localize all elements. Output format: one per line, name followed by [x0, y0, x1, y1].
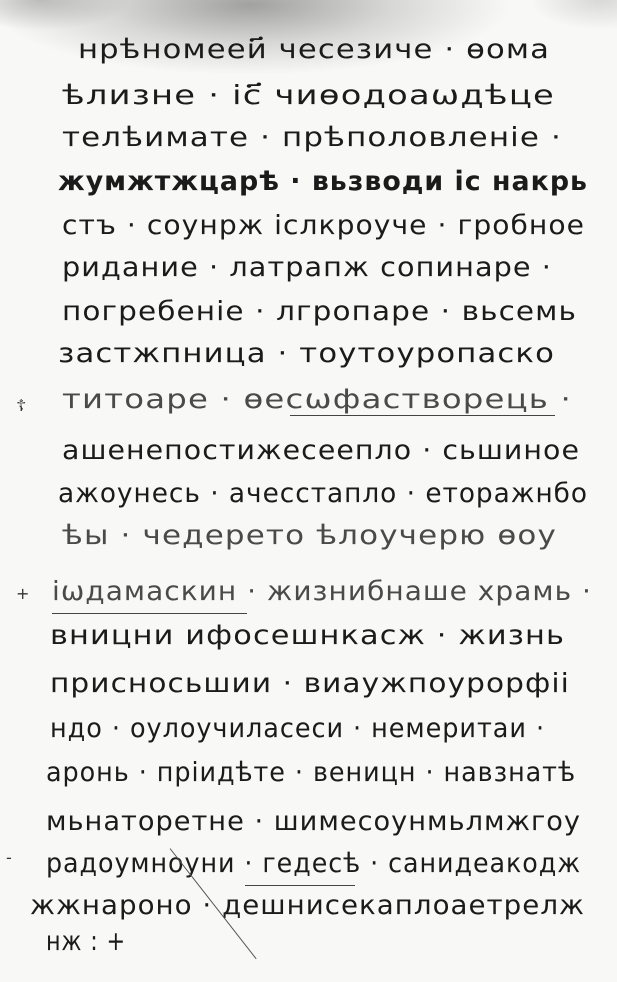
text-line-8: застжпница · тоутоуропаско	[58, 338, 555, 369]
text-line-21: нж : +	[46, 926, 126, 957]
text-line-11: ажоунесь · ачесстапло · еторажнбо	[58, 478, 588, 509]
text-line-14: вницни ифосешнкасж · жизнь	[50, 620, 565, 651]
text-line-7: погребеніе · лгропаре · вьсемь	[62, 296, 577, 327]
text-line-12: ѣы · чедерето ѣлоучерю ѳоу	[62, 520, 557, 551]
text-line-19: радоумноуни · гедесѣ · санидеакодж	[46, 848, 581, 879]
text-line-15: присносьшии · виаужпоурорфіі	[50, 668, 570, 699]
text-line-13: іѡдамаскин · жизнибнаше храмь ·	[52, 576, 592, 607]
margin-cross-mark-1: ☦	[16, 396, 26, 415]
text-line-17: аронь · пріидѣте · веницн · навзнатѣ	[46, 757, 576, 788]
text-line-1: нрѣномееи҃ чесезиче · ѳома	[78, 34, 550, 65]
rubric-underline-line-19	[245, 885, 355, 886]
text-line-10: ашенепостижесеепло · сьшиное	[62, 435, 580, 466]
text-line-20: жжнароно · дешнисекаплоаетрелж	[30, 890, 585, 921]
text-line-6: ридание · латрапж сопинаре ·	[62, 252, 552, 283]
margin-cross-mark-2: +	[16, 584, 29, 603]
text-line-16: ндо · оулоучиласеси · немеритаи ·	[50, 713, 545, 744]
text-line-5: стъ · соунрж іслкроуче · гробное	[62, 210, 585, 241]
rubric-underline-line-13	[52, 613, 247, 614]
text-line-3: телѣимате · прѣполовленіе ·	[62, 122, 562, 153]
text-line-4: жумжтжцарѣ · вьзводи іс накрь	[58, 166, 588, 197]
text-line-2: ѣлизне · іс҃ чиѳодоаѡдѣце	[62, 80, 555, 111]
margin-dash-mark: -	[6, 848, 12, 867]
manuscript-page: нрѣномееи҃ чесезиче · ѳома ѣлизне · іс҃ …	[0, 0, 617, 982]
rubric-underline-line-9	[290, 415, 555, 416]
text-line-18: мьнаторетне · шимесоунмьлмжгоу	[46, 806, 581, 837]
text-line-9: титоаре · ѳесѡфастворець ·	[62, 384, 572, 415]
